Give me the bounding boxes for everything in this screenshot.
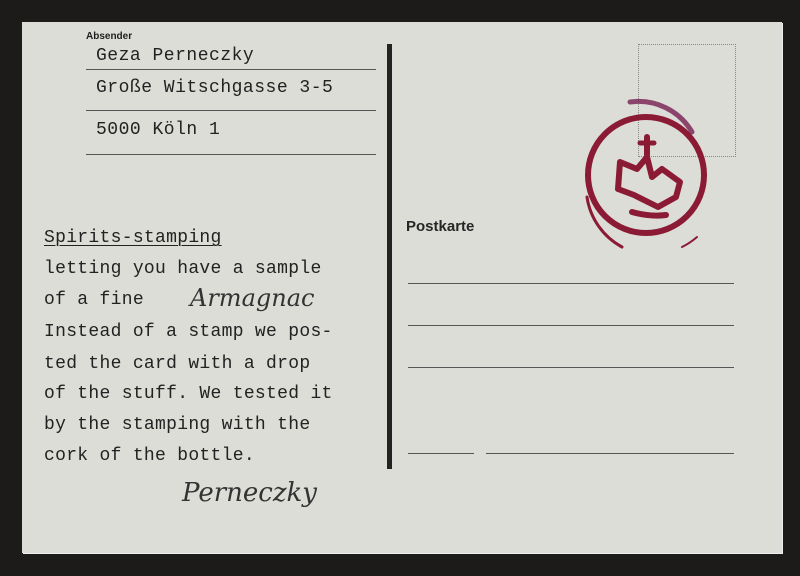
signature: Perneczky	[182, 478, 317, 508]
address-rule	[86, 110, 376, 111]
city-line	[486, 453, 734, 454]
message-line: cork of the bottle.	[44, 446, 255, 466]
message-line: of a fine	[44, 290, 144, 310]
sender-city: 5000 Köln 1	[96, 120, 220, 140]
handwritten-armagnac: Armagnac	[190, 284, 314, 312]
message-line: by the stamping with the	[44, 415, 310, 435]
postcard: Absender Geza Perneczky Große Witschgass…	[22, 22, 782, 553]
message-line: of the stuff. We tested it	[44, 384, 333, 404]
sender-street: Große Witschgasse 3-5	[96, 78, 333, 98]
address-rule	[86, 69, 376, 70]
message-line: ted the card with a drop	[44, 354, 310, 374]
postkarte-heading: Postkarte	[406, 218, 474, 235]
message-line: letting you have a sample	[44, 259, 322, 279]
sender-name: Geza Perneczky	[96, 46, 254, 66]
postcode-line	[408, 453, 474, 454]
recipient-line-3	[408, 367, 734, 368]
crown-postmark-icon	[562, 77, 742, 267]
sender-label: Absender	[86, 31, 132, 42]
message-title: Spirits-stamping	[44, 228, 222, 248]
center-divider	[387, 44, 392, 469]
address-rule	[86, 154, 376, 155]
recipient-line-1	[408, 283, 734, 284]
message-line: Instead of a stamp we pos-	[44, 322, 333, 342]
recipient-line-2	[408, 325, 734, 326]
